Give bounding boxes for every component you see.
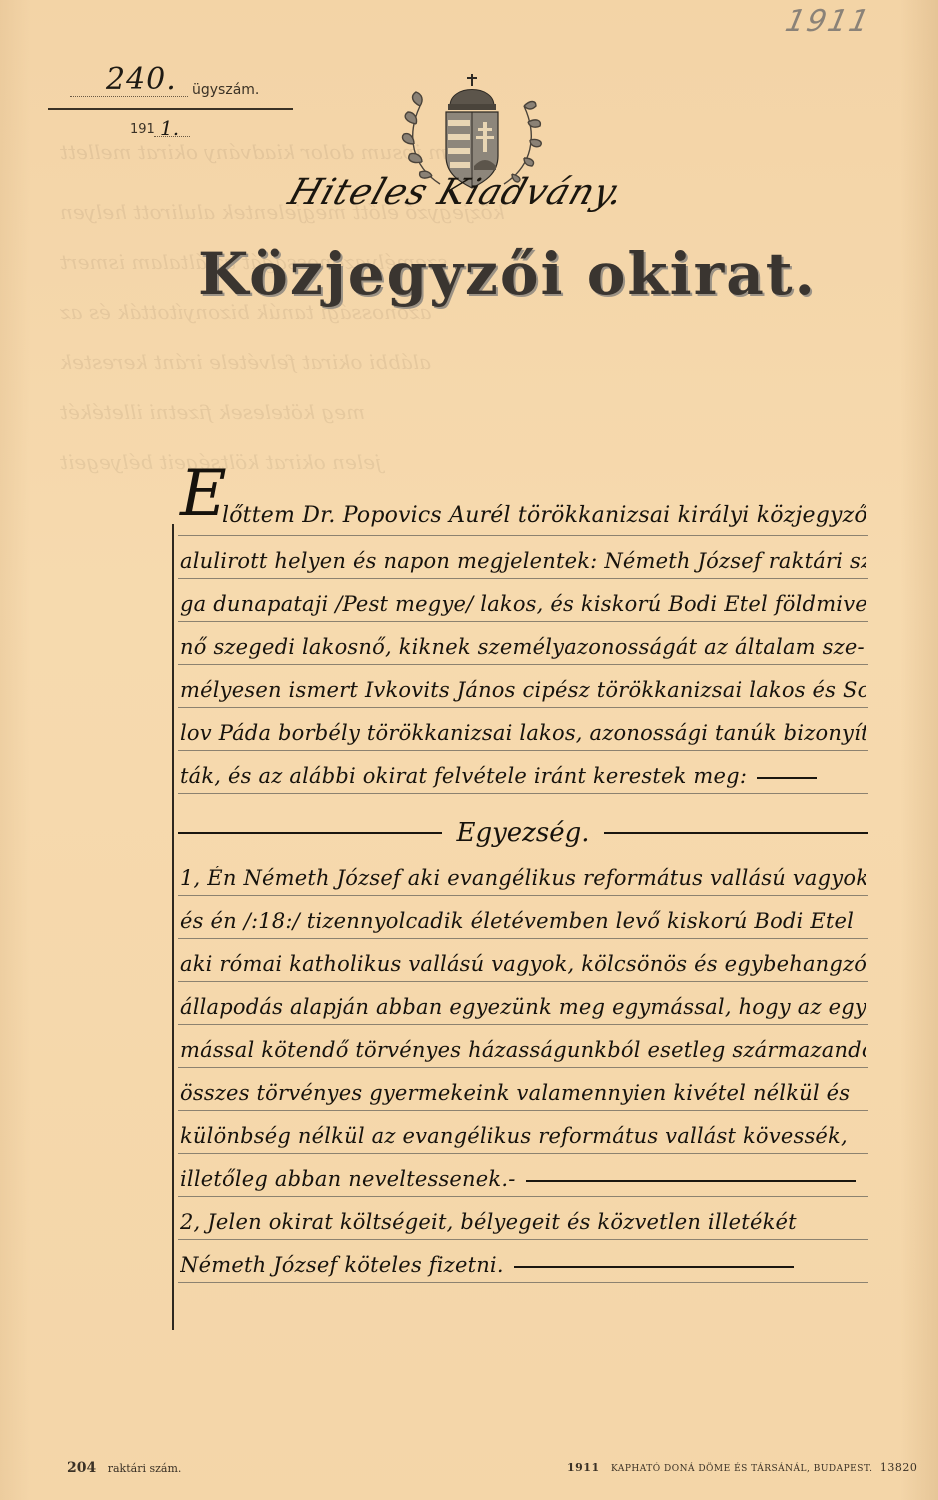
year-field: 191 1. — [130, 118, 210, 140]
rule — [178, 707, 868, 708]
body-line: lőttem Dr. Popovics Aurél törökkanizsai … — [222, 503, 866, 528]
section-heading-text: Egyezség. — [442, 818, 603, 848]
case-number-label: ügyszám. — [192, 82, 259, 98]
body-line: ták, és az alábbi okirat felvétele iránt… — [180, 764, 866, 788]
fill-dash — [526, 1180, 856, 1182]
case-number-field: 240. ügyszám. — [70, 68, 290, 102]
rule — [178, 1110, 868, 1111]
rule — [178, 750, 868, 751]
case-number-value: 240. — [106, 62, 177, 97]
header-rule — [48, 108, 293, 110]
agreement-line: és én /:18:/ tizennyolcadik életévemben … — [180, 909, 866, 933]
body-line: lov Páda borbély törökkanizsai lakos, az… — [180, 721, 866, 745]
rule — [178, 621, 868, 622]
year-handwritten: 1. — [160, 116, 179, 140]
stock-number: 204 — [67, 1460, 96, 1476]
rule — [178, 895, 868, 896]
year-printed: 191 — [130, 122, 155, 137]
body-line: nő szegedi lakosnő, kiknek személyazonos… — [180, 635, 866, 659]
body-line: mélyesen ismert Ivkovits János cipész tö… — [180, 678, 866, 702]
rule — [178, 793, 868, 794]
agreement-line: állapodás alapján abban egyezünk meg egy… — [180, 995, 866, 1019]
agreement-line: Németh József köteles fizetni. — [180, 1253, 866, 1277]
agreement-line: 2, Jelen okirat költségeit, bélyegeit és… — [180, 1210, 866, 1234]
agreement-line: aki római katholikus vallású vagyok, köl… — [180, 952, 866, 976]
agreement-line-text: illetőleg abban neveltessenek.- — [180, 1167, 516, 1191]
fill-dash — [757, 777, 817, 779]
rule — [178, 1024, 868, 1025]
printer-imprint: 1911 KAPHATÓ DONÁ DÖME ÉS TÁRSÁNÁL, BUDA… — [567, 1461, 917, 1474]
printer-year: 1911 — [567, 1461, 600, 1474]
left-margin-rule — [172, 524, 174, 1330]
rule — [178, 1239, 868, 1240]
body-line: ga dunapataji /Pest megye/ lakos, és kis… — [180, 592, 866, 616]
rule — [178, 578, 868, 579]
rule — [178, 664, 868, 665]
handwritten-title: Hiteles Kiadvány. — [283, 172, 630, 213]
heading-rule-right — [604, 832, 868, 834]
stock-number-footer: 204 raktári szám. — [67, 1460, 181, 1476]
body-line-text: ták, és az alábbi okirat felvétele iránt… — [180, 764, 747, 788]
agreement-line: mással kötendő törvényes házasságunkból … — [180, 1038, 866, 1062]
fill-dash — [514, 1266, 794, 1268]
printer-text: KAPHATÓ DONÁ DÖME ÉS TÁRSÁNÁL, BUDAPEST. — [611, 1464, 872, 1474]
rule — [178, 1153, 868, 1154]
stock-label: raktári szám. — [108, 1462, 182, 1475]
rule — [178, 981, 868, 982]
body-line: alulirott helyen és napon megjelentek: N… — [180, 549, 866, 573]
printed-document-title: Közjegyzői okirat. — [198, 240, 817, 308]
agreement-line: illetőleg abban neveltessenek.- — [180, 1167, 866, 1191]
rule — [178, 1196, 868, 1197]
pencil-year-annotation: 1911 — [782, 4, 874, 39]
heading-rule-left — [178, 832, 442, 834]
agreement-line: különbség nélkül az evangélikus reformát… — [180, 1124, 866, 1148]
agreement-line-text: Németh József köteles fizetni. — [180, 1253, 504, 1277]
printer-ref: 13820 — [880, 1461, 918, 1474]
agreement-line: összes törvényes gyermekeink valamennyie… — [180, 1081, 866, 1105]
section-heading: Egyezség. — [178, 818, 868, 848]
rule — [178, 535, 868, 536]
agreement-line: 1, Én Németh József aki evangélikus refo… — [180, 866, 866, 890]
rule — [178, 1067, 868, 1068]
rule — [178, 1282, 868, 1283]
rule — [178, 938, 868, 939]
decorative-initial: E — [180, 462, 227, 526]
